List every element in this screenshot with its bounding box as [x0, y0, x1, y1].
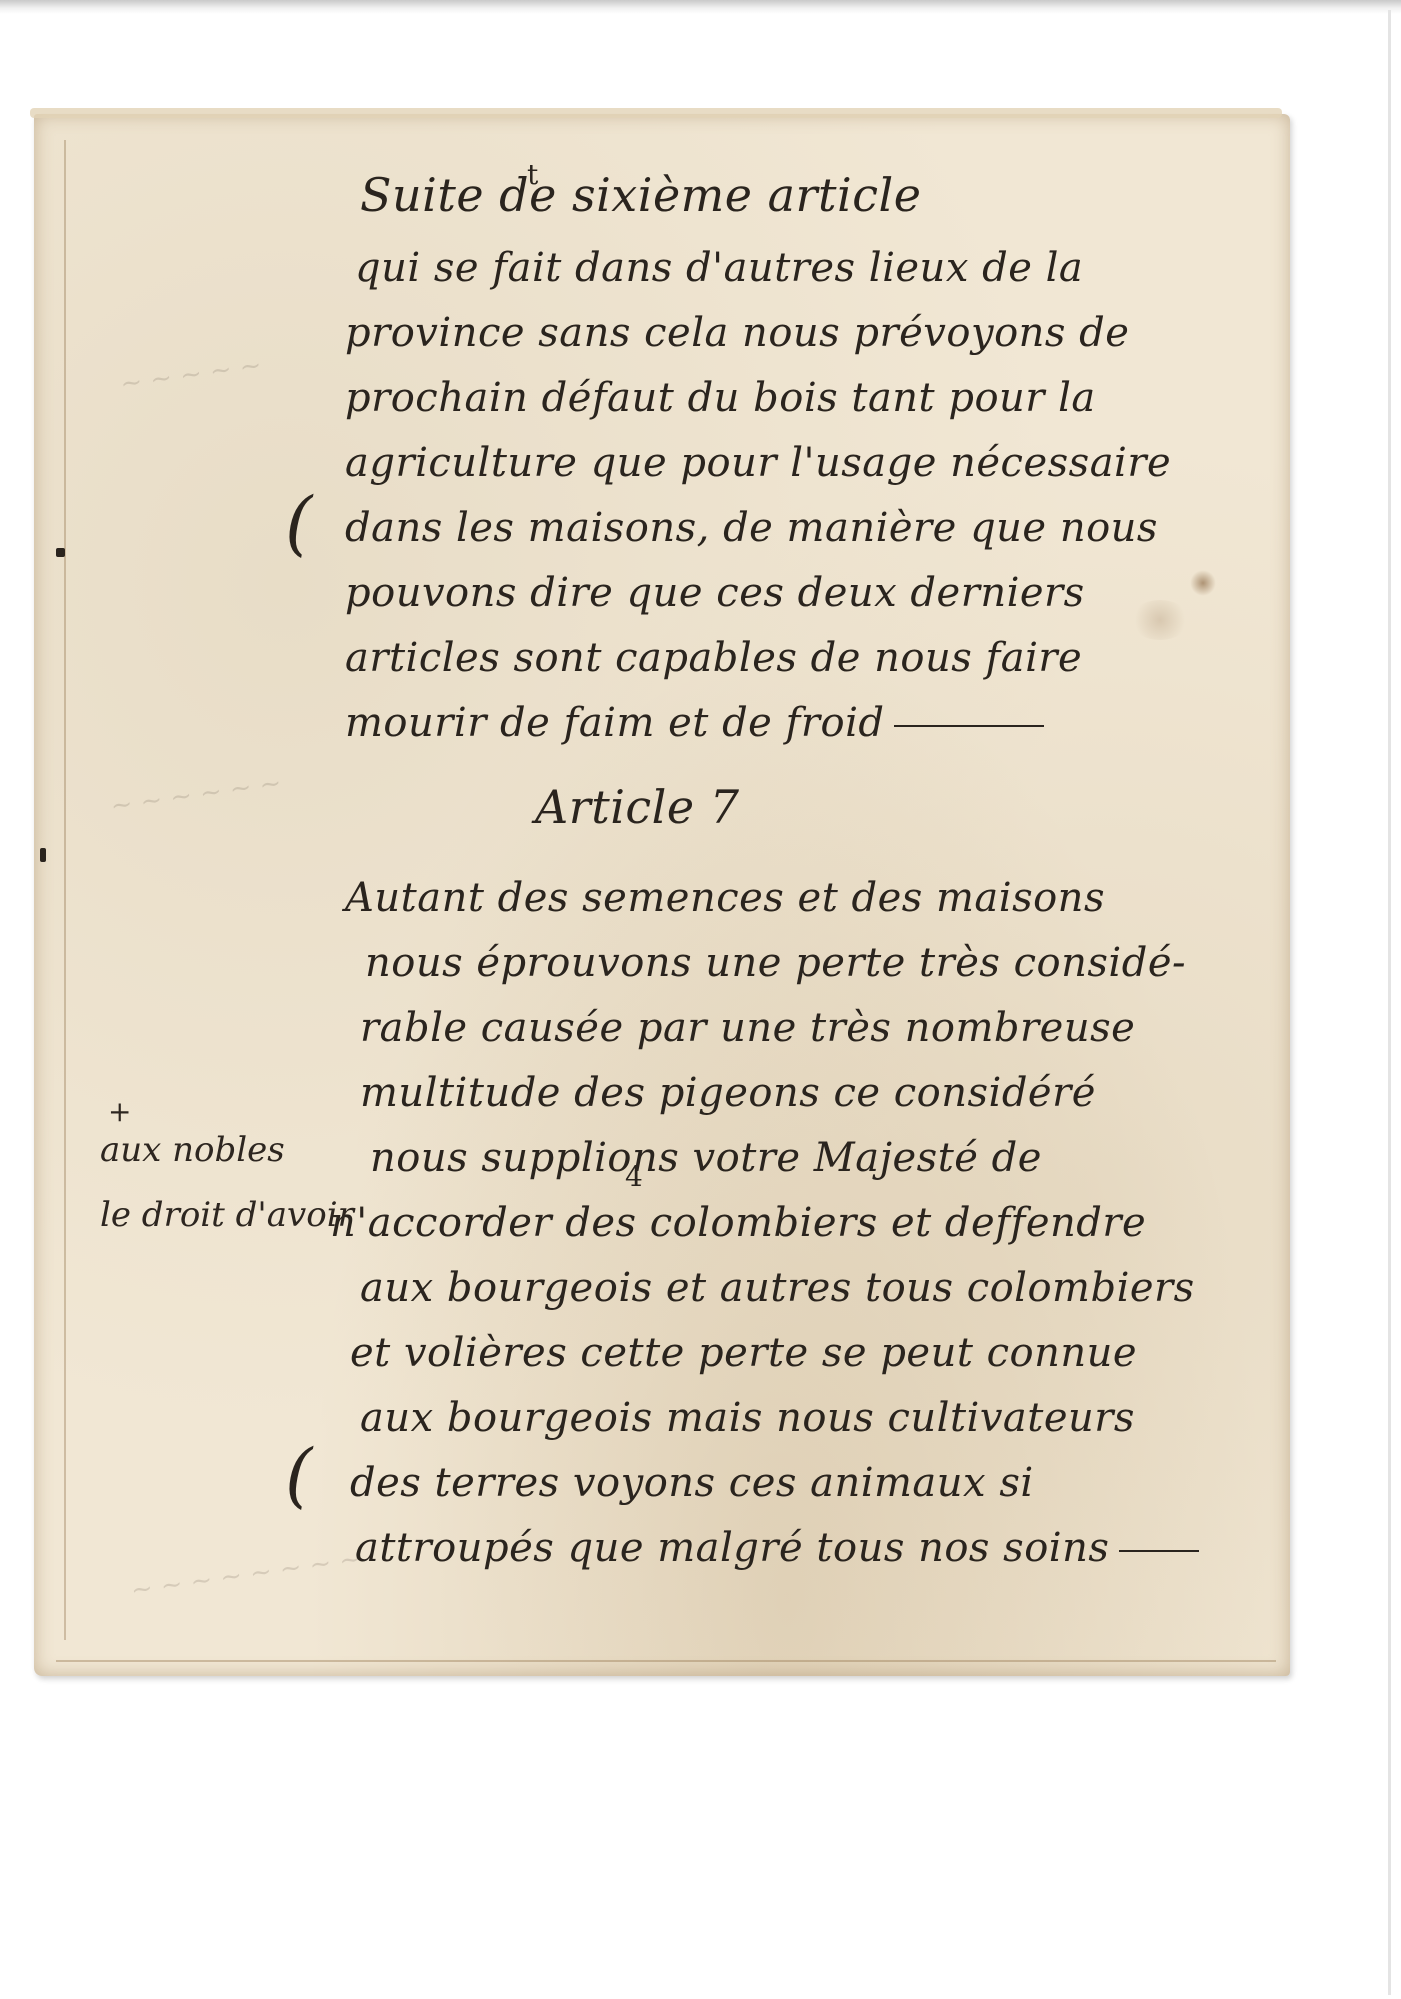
text-line: n'accorder des colombiers et deffendre [330, 1200, 1146, 1246]
scanner-edge-shadow [0, 0, 1401, 14]
folded-sheet-edge [64, 140, 66, 1640]
text-line: nous supplions votre Majesté de [370, 1135, 1042, 1181]
margin-note-line: aux nobles [100, 1130, 285, 1170]
text-line: et volières cette perte se peut connue [350, 1330, 1137, 1376]
margin-ink-mark [40, 848, 46, 862]
ink-stain [1190, 570, 1216, 596]
text-line: nous éprouvons une perte très considé- [365, 940, 1186, 986]
margin-note-line: le droit d'avoir [100, 1195, 354, 1235]
margin-ink-mark [56, 548, 65, 557]
margin-insert-mark: + [108, 1095, 131, 1128]
text-line: agriculture que pour l'usage nécessaire [345, 440, 1171, 486]
text-line: qui se fait dans d'autres lieux de la [355, 245, 1083, 291]
text-line: prochain défaut du bois tant pour la [345, 375, 1096, 421]
text-line: rable causée par une très nombreuse [360, 1005, 1135, 1051]
continued-section-heading: Suite de sixième article [360, 168, 921, 222]
bracket-mark: ( [285, 488, 312, 558]
article-heading: Article 7 [535, 780, 740, 834]
line-filler-dash [1119, 1550, 1199, 1552]
text-line: dans les maisons, de manière que nous [345, 505, 1158, 551]
text-line: articles sont capables de nous faire [345, 635, 1082, 681]
water-stain [1130, 600, 1190, 640]
bracket-mark: ( [285, 1440, 312, 1510]
text-line: Autant des semences et des maisons [345, 875, 1105, 921]
text-line: attroupés que malgré tous nos soins [355, 1525, 1199, 1571]
text-line: des terres voyons ces animaux si [350, 1460, 1034, 1506]
line-filler-dash [894, 725, 1044, 727]
text-line: aux bourgeois et autres tous colombiers [360, 1265, 1195, 1311]
text-line: mourir de faim et de froid [345, 700, 1044, 746]
inline-insert-marker: 4 [625, 1160, 643, 1193]
text-line: pouvons dire que ces deux derniers [345, 570, 1085, 616]
text-line: aux bourgeois mais nous cultivateurs [360, 1395, 1135, 1441]
text-line: multitude des pigeons ce considéré [360, 1070, 1096, 1116]
scanner-edge-line [1388, 10, 1391, 1995]
text-line: province sans cela nous prévoyons de [345, 310, 1129, 356]
